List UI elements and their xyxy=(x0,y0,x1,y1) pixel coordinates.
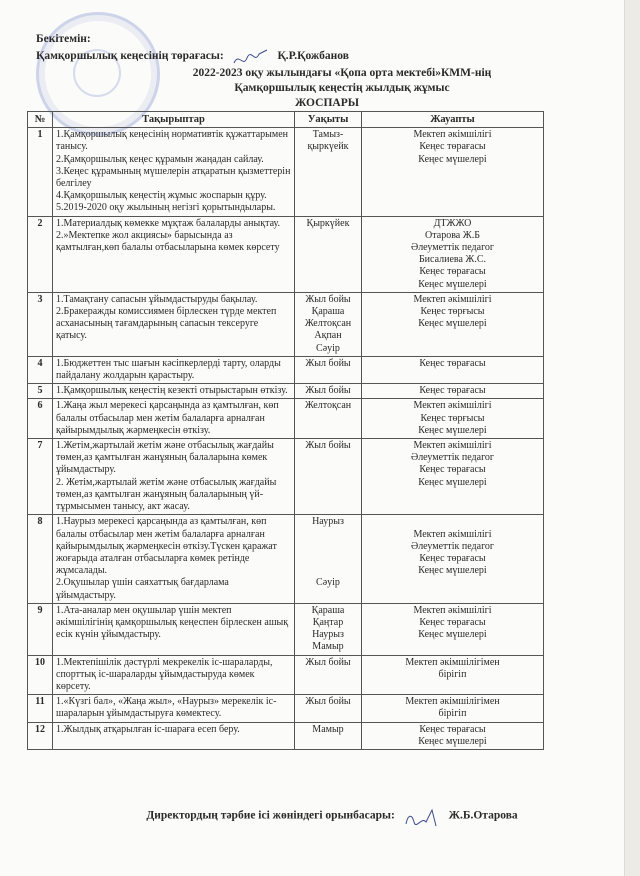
row-time: Жыл бойы xyxy=(295,439,362,515)
header-time: Уақыты xyxy=(295,112,362,128)
table-header-row: № Тақырыптар Уақыты Жауапты xyxy=(28,112,544,128)
row-responsible: Мектеп әкімшілігі Кеңес төрағасы Кеңес м… xyxy=(362,603,544,655)
row-topic: 1.Жаңа жыл мерекесі қарсаңында аз қамтыл… xyxy=(53,399,295,439)
approval-block: Бекітемін: Қамқоршылық кеңесінің төрағас… xyxy=(36,31,349,65)
header-responsible: Жауапты xyxy=(362,112,544,128)
signature-icon xyxy=(231,48,271,64)
row-topic: 1.Ата-аналар мен оқушылар үшін мектеп әк… xyxy=(53,603,295,655)
row-number: 9 xyxy=(28,603,53,655)
row-number: 12 xyxy=(28,722,53,749)
row-responsible: Кеңес төрағасы xyxy=(362,384,544,399)
row-responsible: Мектеп әкімшілігімен бірігіп xyxy=(362,655,544,695)
footer-name: Ж.Б.Отарова xyxy=(449,810,518,822)
document-page: Бекітемін: Қамқоршылық кеңесінің төрағас… xyxy=(0,0,624,876)
row-time: Мамыр xyxy=(295,722,362,749)
chair-name: Қ.Р.Қожбанов xyxy=(277,50,348,62)
row-responsible: Кеңес төрағасы Кеңес мүшелері xyxy=(362,722,544,749)
row-time: Тамыз- қыркүейк xyxy=(295,128,362,216)
row-responsible: Мектеп әкімшілігі Әлеуметтік педагог Кең… xyxy=(362,515,544,603)
table-row: 81.Наурыз мерекесі қарсаңында аз қамтылғ… xyxy=(28,515,544,603)
row-time: Жыл бойы xyxy=(295,384,362,399)
doc-title-line1: 2022-2023 оқу жылындағы «Қопа орта мекте… xyxy=(0,67,624,79)
row-time: Жыл бойы xyxy=(295,655,362,695)
row-time: Жыл бойы Қараша Желтоқсан Ақпан Сәуір xyxy=(295,292,362,356)
signature-icon xyxy=(402,808,442,824)
row-topic: 1.Мектепішілік дәстүрлі мекрекелік іс-ша… xyxy=(53,655,295,695)
table-row: 41.Бюджеттен тыс шағын кәсіпкерлерді тар… xyxy=(28,356,544,383)
table-row: 101.Мектепішілік дәстүрлі мекрекелік іс-… xyxy=(28,655,544,695)
table-row: 51.Қамқоршылық кеңестің кезекті отырыста… xyxy=(28,384,544,399)
table-row: 91.Ата-аналар мен оқушылар үшін мектеп ә… xyxy=(28,603,544,655)
row-responsible: Кеңес төрағасы xyxy=(362,356,544,383)
scan-edge xyxy=(624,0,640,876)
row-topic: 1.Наурыз мерекесі қарсаңында аз қамтылға… xyxy=(53,515,295,603)
table-row: 61.Жаңа жыл мерекесі қарсаңында аз қамты… xyxy=(28,399,544,439)
row-time: Қараша Қаңтар Наурыз Мамыр xyxy=(295,603,362,655)
footer-signature: Директордың тәрбие ісі жөніндегі орынбас… xyxy=(0,808,624,824)
row-number: 8 xyxy=(28,515,53,603)
row-topic: 1.Материалдық көмекке мұқтаж балаларды а… xyxy=(53,216,295,292)
row-number: 4 xyxy=(28,356,53,383)
row-topic: 1.Қамқоршылық кеңесінің нормативтік құжа… xyxy=(53,128,295,216)
doc-title-line2: Қамқоршылық кеңестің жылдық жұмыс xyxy=(0,82,624,94)
row-topic: 1.Бюджеттен тыс шағын кәсіпкерлерді тарт… xyxy=(53,356,295,383)
header-num: № xyxy=(28,112,53,128)
row-number: 11 xyxy=(28,695,53,722)
row-responsible: Мектеп әкімшілігімен бірігіп xyxy=(362,695,544,722)
row-number: 3 xyxy=(28,292,53,356)
row-time: Жыл бойы xyxy=(295,356,362,383)
chair-label: Қамқоршылық кеңесінің төрағасы: xyxy=(36,50,224,62)
table-row: 121.Жылдық атқарылған іс-шараға есеп бер… xyxy=(28,722,544,749)
table-row: 71.Жетім,жартылай жетім және отбасылық ж… xyxy=(28,439,544,515)
row-number: 6 xyxy=(28,399,53,439)
approval-label: Бекітемін: xyxy=(36,31,349,48)
row-responsible: Мектеп әкімшілігі Кеңес төрағасы Кеңес м… xyxy=(362,128,544,216)
row-time: Жыл бойы xyxy=(295,695,362,722)
row-topic: 1.Жетім,жартылай жетім және отбасылық жа… xyxy=(53,439,295,515)
row-number: 7 xyxy=(28,439,53,515)
row-topic: 1.«Күзгі бал», «Жаңа жыл», «Наурыз» мере… xyxy=(53,695,295,722)
footer-label: Директордың тәрбие ісі жөніндегі орынбас… xyxy=(146,810,395,822)
table-row: 21.Материалдық көмекке мұқтаж балаларды … xyxy=(28,216,544,292)
row-responsible: Мектеп әкімшілігі Әлеуметтік педагог Кең… xyxy=(362,439,544,515)
table-row: 111.«Күзгі бал», «Жаңа жыл», «Наурыз» ме… xyxy=(28,695,544,722)
row-responsible: Мектеп әкімшілігі Кеңес төрғысы Кеңес мү… xyxy=(362,399,544,439)
row-time: Желтоқсан xyxy=(295,399,362,439)
row-topic: 1.Жылдық атқарылған іс-шараға есеп беру. xyxy=(53,722,295,749)
table-row: 31.Тамақтану сапасын ұйымдастыруды бақыл… xyxy=(28,292,544,356)
row-number: 1 xyxy=(28,128,53,216)
row-responsible: ДТЖЖО Отарова Ж.Б Әлеуметтік педагог Бис… xyxy=(362,216,544,292)
table-row: 11.Қамқоршылық кеңесінің нормативтік құж… xyxy=(28,128,544,216)
row-responsible: Мектеп әкімшілігі Кеңес төрғысы Кеңес мү… xyxy=(362,292,544,356)
row-time: Наурыз Сәуір xyxy=(295,515,362,603)
plan-table: № Тақырыптар Уақыты Жауапты 11.Қамқоршыл… xyxy=(27,111,544,750)
row-number: 10 xyxy=(28,655,53,695)
row-time: Қыркүйек xyxy=(295,216,362,292)
row-topic: 1.Қамқоршылық кеңестің кезекті отырыстар… xyxy=(53,384,295,399)
doc-title-line3: ЖОСПАРЫ xyxy=(0,97,624,109)
header-topics: Тақырыптар xyxy=(53,112,295,128)
row-number: 2 xyxy=(28,216,53,292)
row-topic: 1.Тамақтану сапасын ұйымдастыруды бақыла… xyxy=(53,292,295,356)
row-number: 5 xyxy=(28,384,53,399)
